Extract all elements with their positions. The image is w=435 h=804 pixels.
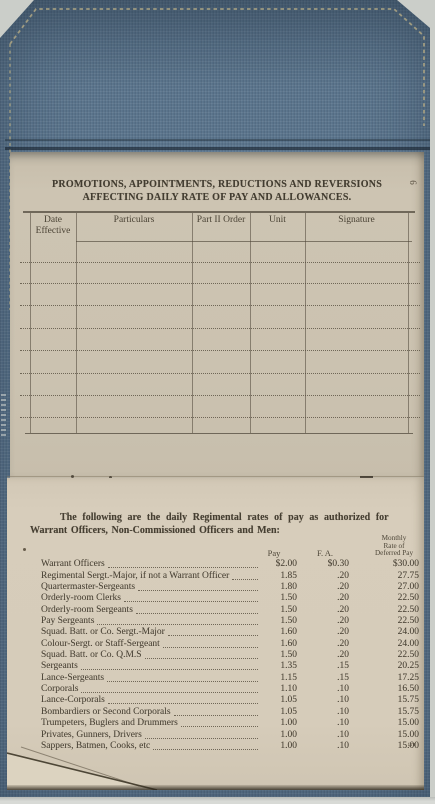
table-column-rule (30, 213, 31, 433)
rate-row: Sappers, Batmen, Cooks, etc 1.00 .10 15.… (41, 741, 419, 752)
promotions-title-line1: PROMOTIONS, APPOINTMENTS, REDUCTIONS AND… (10, 179, 424, 191)
rank-label: Sergeants (41, 661, 78, 672)
table-header-rule (76, 241, 412, 242)
rates-table: Pay F. A. Monthly Rate of Deferred Pay W… (41, 535, 419, 752)
pay-value: 1.05 (261, 707, 297, 718)
deferred-pay-value: 24.00 (349, 639, 419, 650)
rate-row: Warrant Officers $2.00 $0.30 $30.00 (41, 559, 419, 570)
rank-label: Orderly-room Clerks (41, 593, 121, 604)
rank-label: Orderly-room Sergeants (41, 605, 133, 616)
dotted-leader (163, 647, 258, 648)
empty-row-dotted-line (20, 417, 420, 418)
rate-row: Squad. Batt. or Co. Sergt.-Major 1.60 .2… (41, 627, 419, 638)
page-number-bottom: 5 (406, 742, 415, 747)
dotted-leader (145, 738, 258, 739)
field-allowance-value: .20 (297, 616, 349, 627)
deferred-pay-value: 15.75 (349, 707, 419, 718)
rate-row: Trumpeters, Buglers and Drummers 1.00 .1… (41, 718, 419, 729)
cover-flap-shading (0, 0, 435, 160)
field-allowance-value: $0.30 (297, 559, 349, 570)
deferred-pay-value: 15.00 (349, 730, 419, 741)
field-allowance-value: .20 (297, 605, 349, 616)
rates-page: The following are the daily Regimental r… (7, 478, 424, 790)
pay-value: 1.00 (261, 730, 297, 741)
flap-fold-crease (5, 147, 430, 150)
spine-print-marking (1, 392, 6, 436)
empty-row-dotted-line (20, 373, 420, 374)
dotted-leader (181, 726, 258, 727)
field-allowance-value: .20 (297, 650, 349, 661)
rank-label: Quartermaster-Sergeants (41, 582, 135, 593)
promotions-page: 6 PROMOTIONS, APPOINTMENTS, REDUCTIONS A… (10, 152, 424, 478)
rate-row: Corporals 1.10 .10 16.50 (41, 684, 419, 695)
pay-value: 1.50 (261, 650, 297, 661)
pay-value: 1.85 (261, 571, 297, 582)
table-column-header: Signature (305, 214, 408, 236)
pay-value: 1.00 (261, 718, 297, 729)
rates-rows: Warrant Officers $2.00 $0.30 $30.00 Regi… (41, 559, 419, 752)
pay-value: 1.60 (261, 627, 297, 638)
pay-value: 1.50 (261, 593, 297, 604)
dotted-leader (145, 658, 258, 659)
rank-label: Corporals (41, 684, 78, 695)
rate-row: Regimental Sergt.-Major, if not a Warran… (41, 570, 419, 581)
deferred-pay-value: 22.50 (349, 650, 419, 661)
pay-value: 1.00 (261, 741, 297, 752)
rank-label: Lance-Corporals (41, 695, 105, 706)
field-allowance-value: .10 (297, 718, 349, 729)
pay-value: 1.80 (261, 582, 297, 593)
scan-background-strip (0, 797, 435, 804)
pay-value: 1.15 (261, 673, 297, 684)
dotted-leader (97, 624, 258, 625)
deferred-pay-value: 22.50 (349, 605, 419, 616)
rate-row: Orderly-room Clerks 1.50 .20 22.50 (41, 593, 419, 604)
field-allowance-value: .10 (297, 730, 349, 741)
pay-value: 1.35 (261, 661, 297, 672)
field-allowance-value: .20 (297, 582, 349, 593)
deferred-pay-value: 27.00 (349, 582, 419, 593)
field-allowance-value: .20 (297, 593, 349, 604)
deferred-pay-value: 17.25 (349, 673, 419, 684)
rate-row: Squad. Batt. or Co. Q.M.S 1.50 .20 22.50 (41, 650, 419, 661)
pay-value: 1.60 (261, 639, 297, 650)
deferred-pay-value: 15.75 (349, 695, 419, 706)
field-allowance-value: .20 (297, 571, 349, 582)
rate-row: Pay Sergeants 1.50 .20 22.50 (41, 616, 419, 627)
dotted-leader (136, 613, 258, 614)
rank-label: Sappers, Batmen, Cooks, etc (41, 741, 150, 752)
empty-row-dotted-line (20, 262, 420, 263)
dotted-leader (124, 601, 258, 602)
pay-value: 1.50 (261, 616, 297, 627)
field-allowance-value: .15 (297, 673, 349, 684)
rate-row: Sergeants 1.35 .15 20.25 (41, 661, 419, 672)
deferred-pay-value: 16.50 (349, 684, 419, 695)
promotions-table-header: Date EffectiveParticularsPart II OrderUn… (30, 214, 408, 236)
rate-row: Bombardiers or Second Corporals 1.05 .10… (41, 706, 419, 717)
deferred-pay-column-header: Monthly Rate of Deferred Pay (344, 535, 435, 558)
dotted-leader (108, 567, 258, 568)
deferred-pay-value: 20.25 (349, 661, 419, 672)
table-column-rule (305, 213, 306, 433)
rank-label: Squad. Batt. or Co. Sergt.-Major (41, 627, 165, 638)
deferred-header-line3: Deferred Pay (344, 550, 435, 558)
dotted-leader (107, 681, 258, 682)
table-column-rule (408, 213, 409, 433)
promotions-title-line2: AFFECTING DAILY RATE OF PAY AND ALLOWANC… (10, 192, 424, 204)
table-column-header: Part II Order (192, 214, 250, 236)
table-column-header: Date Effective (30, 214, 76, 236)
deferred-pay-value: $30.00 (349, 559, 419, 570)
rank-label: Colour-Sergt. or Staff-Sergeant (41, 639, 160, 650)
rates-intro: The following are the daily Regimental r… (30, 512, 420, 537)
table-column-rule (192, 213, 193, 433)
empty-row-dotted-line (20, 283, 420, 284)
rank-label: Lance-Sergeants (41, 673, 104, 684)
field-allowance-value: .20 (297, 627, 349, 638)
rank-label: Warrant Officers (41, 559, 105, 570)
deferred-pay-value: 24.00 (349, 627, 419, 638)
rank-label: Trumpeters, Buglers and Drummers (41, 718, 178, 729)
rate-row: Lance-Corporals 1.05 .10 15.75 (41, 695, 419, 706)
field-allowance-column-header: F. A. (292, 548, 344, 558)
promotions-table: Date EffectiveParticularsPart II OrderUn… (30, 211, 408, 434)
ink-speck (23, 548, 26, 551)
table-column-header: Unit (250, 214, 305, 236)
rate-row: Quartermaster-Sergeants 1.80 .20 27.00 (41, 582, 419, 593)
dotted-leader (81, 669, 258, 670)
empty-row-dotted-line (20, 328, 420, 329)
table-column-header: Particulars (76, 214, 192, 236)
empty-row-dotted-line (20, 395, 420, 396)
rates-intro-line1: The following are the daily Regimental r… (30, 512, 420, 525)
dotted-leader (138, 590, 258, 591)
dotted-leader (174, 715, 258, 716)
dotted-leader (232, 579, 258, 580)
dotted-leader (81, 692, 258, 693)
table-top-rule (23, 211, 415, 213)
dotted-leader (168, 635, 258, 636)
flap-fold-crease (5, 139, 430, 141)
deferred-pay-value: 27.75 (349, 571, 419, 582)
dotted-leader (108, 703, 258, 704)
field-allowance-value: .10 (297, 695, 349, 706)
field-allowance-value: .10 (297, 707, 349, 718)
pay-value: 1.50 (261, 605, 297, 616)
paybook-photo: 6 PROMOTIONS, APPOINTMENTS, REDUCTIONS A… (0, 0, 435, 804)
rate-row: Lance-Sergeants 1.15 .15 17.25 (41, 672, 419, 683)
pay-column-header: Pay (256, 548, 292, 558)
rank-label: Pay Sergeants (41, 616, 94, 627)
table-column-rule (250, 213, 251, 433)
dotted-leader (153, 749, 258, 750)
pay-value: $2.00 (261, 559, 297, 570)
rate-row: Privates, Gunners, Drivers 1.00 .10 15.0… (41, 729, 419, 740)
rank-label: Bombardiers or Second Corporals (41, 707, 171, 718)
field-allowance-value: .20 (297, 639, 349, 650)
deferred-pay-value: 15.00 (349, 718, 419, 729)
rate-row: Orderly-room Sergeants 1.50 .20 22.50 (41, 604, 419, 615)
field-allowance-value: .10 (297, 684, 349, 695)
rate-row: Colour-Sergt. or Staff-Sergeant 1.60 .20… (41, 638, 419, 649)
rank-label: Regimental Sergt.-Major, if not a Warran… (41, 571, 229, 582)
pay-value: 1.10 (261, 684, 297, 695)
empty-row-dotted-line (20, 350, 420, 351)
field-allowance-value: .15 (297, 661, 349, 672)
deferred-pay-value: 22.50 (349, 593, 419, 604)
rank-label: Squad. Batt. or Co. Q.M.S (41, 650, 142, 661)
table-bottom-rule (25, 433, 413, 434)
deferred-pay-value: 22.50 (349, 616, 419, 627)
field-allowance-value: .10 (297, 741, 349, 752)
rates-table-header: Pay F. A. Monthly Rate of Deferred Pay (41, 535, 419, 558)
pay-value: 1.05 (261, 695, 297, 706)
rank-label: Privates, Gunners, Drivers (41, 730, 142, 741)
table-column-rule (76, 213, 77, 433)
empty-row-dotted-line (20, 305, 420, 306)
